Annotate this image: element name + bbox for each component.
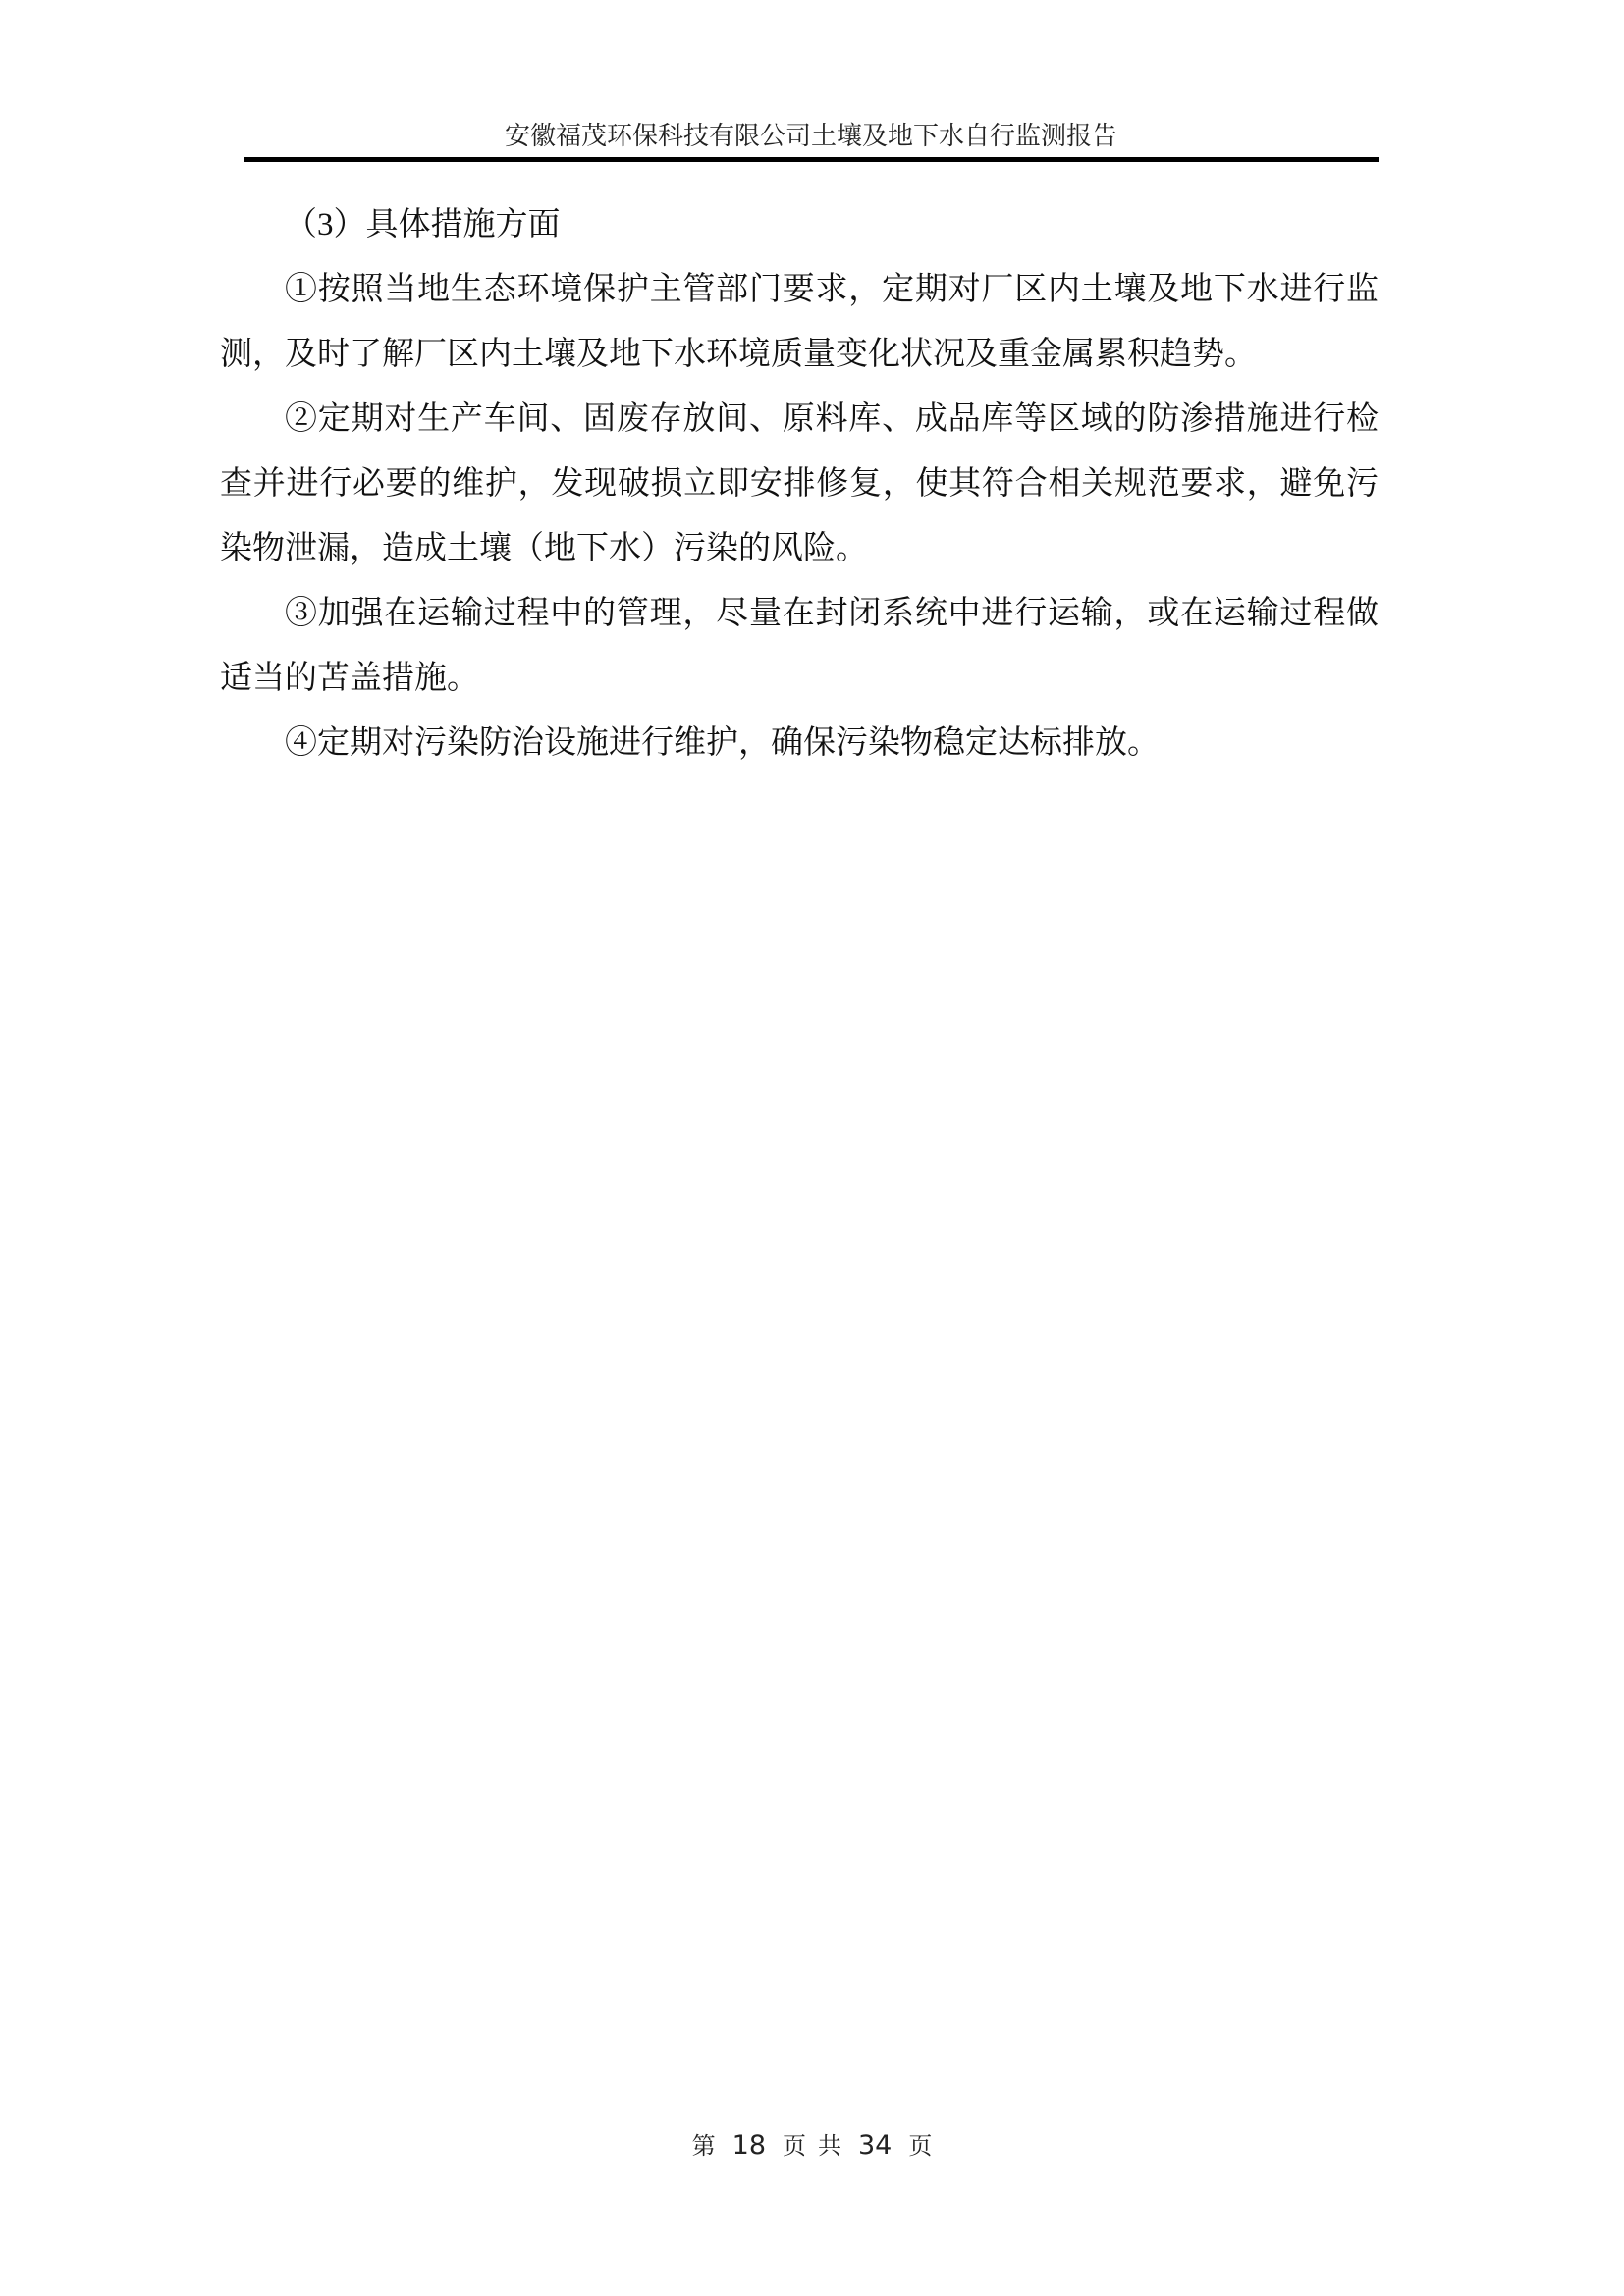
document-page: 安徽福茂环保科技有限公司土壤及地下水自行监测报告 （3）具体措施方面 ①按照当地… [0,0,1624,2296]
text-line: ③加强在运输过程中的管理，尽量在封闭系统中进行运输，或在运输过程做 [220,581,1379,646]
text-line: ①按照当地生态环境保护主管部门要求，定期对厂区内土壤及地下水进行监 [220,257,1379,322]
text-line: ④定期对污染防治设施进行维护，确保污染物稳定达标排放。 [220,711,1379,775]
footer-label-page-total: 页 [908,2134,932,2160]
text-line: 适当的苫盖措施。 [220,646,1379,711]
paragraph-section-heading: （3）具体措施方面 [220,192,1379,257]
document-body: （3）具体措施方面 ①按照当地生态环境保护主管部门要求，定期对厂区内土壤及地下水… [220,192,1379,775]
paragraph-item-3: ③加强在运输过程中的管理，尽量在封闭系统中进行运输，或在运输过程做 适当的苫盖措… [220,581,1379,711]
text-line: 测，及时了解厂区内土壤及地下水环境质量变化状况及重金属累积趋势。 [220,322,1379,387]
footer-label-prefix: 第 [692,2134,716,2160]
text-line: （3）具体措施方面 [220,192,1379,257]
text-line: 查并进行必要的维护，发现破损立即安排修复，使其符合相关规范要求，避免污 [220,452,1379,516]
header-title: 安徽福茂环保科技有限公司土壤及地下水自行监测报告 [505,120,1117,157]
text-line: 染物泄漏，造成土壤（地下水）污染的风险。 [220,516,1379,581]
paragraph-item-1: ①按照当地生态环境保护主管部门要求，定期对厂区内土壤及地下水进行监 测，及时了解… [220,257,1379,387]
text-line: ②定期对生产车间、固废存放间、原料库、成品库等区域的防渗措施进行检 [220,387,1379,452]
footer-current-page: 18 [732,2130,766,2161]
paragraph-item-2: ②定期对生产车间、固废存放间、原料库、成品库等区域的防渗措施进行检 查并进行必要… [220,387,1379,581]
footer-label-page: 页 [783,2134,806,2160]
paragraph-item-4: ④定期对污染防治设施进行维护，确保污染物稳定达标排放。 [220,711,1379,775]
page-footer: 第 18 页 共 34 页 [0,2130,1624,2163]
footer-total-pages: 34 [858,2130,892,2161]
footer-label-of: 共 [818,2134,841,2160]
page-header: 安徽福茂环保科技有限公司土壤及地下水自行监测报告 [244,0,1379,162]
